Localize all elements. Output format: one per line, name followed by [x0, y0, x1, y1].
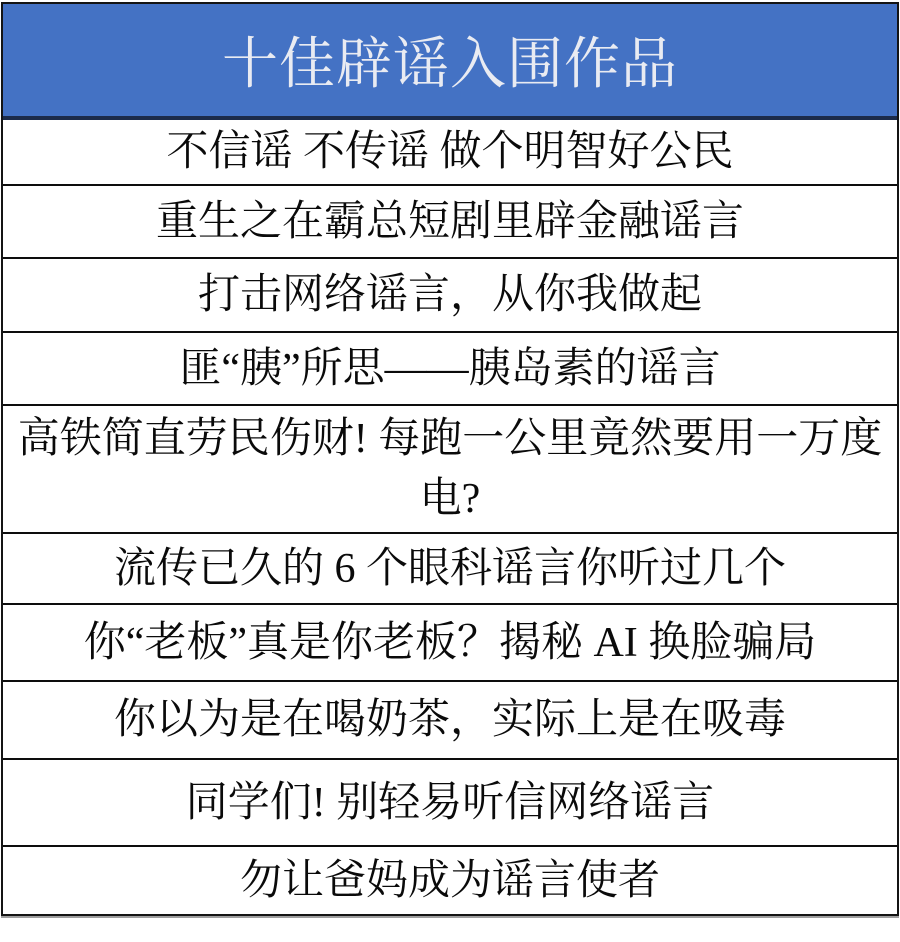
row-label: 高铁简直劳民伤财! 每跑一公里竟然要用一万度电? — [5, 409, 895, 529]
table-row: 你“老板”真是你老板？揭秘 AI 换脸骗局 — [3, 605, 897, 682]
row-label: 打击网络谣言，从你我做起 — [198, 265, 702, 325]
row-label: 同学们! 别轻易听信网络谣言 — [186, 773, 715, 833]
table-row: 勿让爸妈成为谣言使者 — [3, 847, 897, 914]
row-label: 你“老板”真是你老板？揭秘 AI 换脸骗局 — [84, 613, 817, 673]
table-row: 重生之在霸总短剧里辟金融谣言 — [3, 186, 897, 259]
table-title: 十佳辟谣入围作品 — [222, 20, 678, 100]
row-label: 匪“胰”所思——胰岛素的谣言 — [179, 339, 720, 399]
table-row: 流传已久的 6 个眼科谣言你听过几个 — [3, 534, 897, 605]
row-label: 不信谣 不传谣 做个明智好公民 — [166, 122, 733, 182]
table-row: 不信谣 不传谣 做个明智好公民 — [3, 120, 897, 186]
table-row: 高铁简直劳民伤财! 每跑一公里竟然要用一万度电? — [3, 406, 897, 534]
row-label: 勿让爸妈成为谣言使者 — [240, 851, 660, 911]
finalists-table: 十佳辟谣入围作品 不信谣 不传谣 做个明智好公民 重生之在霸总短剧里辟金融谣言 … — [1, 2, 899, 916]
row-label: 流传已久的 6 个眼科谣言你听过几个 — [114, 539, 786, 599]
row-label: 重生之在霸总短剧里辟金融谣言 — [156, 192, 744, 252]
row-label: 你以为是在喝奶茶，实际上是在吸毒 — [114, 690, 786, 750]
table-header-row: 十佳辟谣入围作品 — [3, 4, 897, 120]
table-row: 匪“胰”所思——胰岛素的谣言 — [3, 333, 897, 406]
table-row: 打击网络谣言，从你我做起 — [3, 259, 897, 333]
table-row: 同学们! 别轻易听信网络谣言 — [3, 760, 897, 847]
table-row: 你以为是在喝奶茶，实际上是在吸毒 — [3, 682, 897, 760]
